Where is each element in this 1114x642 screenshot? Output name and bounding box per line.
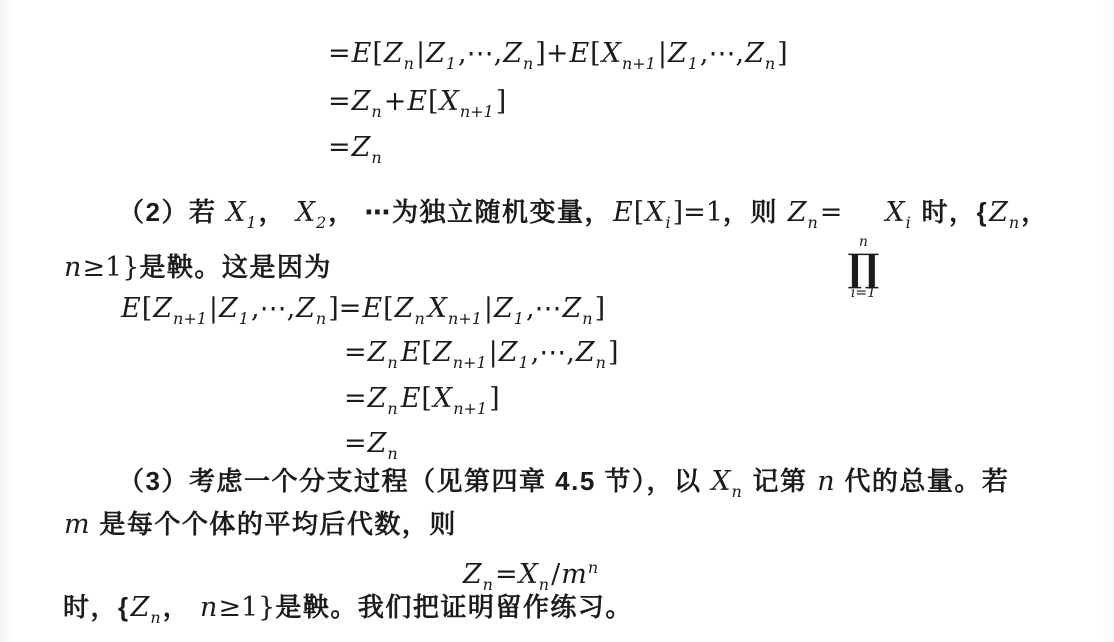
page-background: =E[Zn|Z1,⋯,Zn]+E[Xn+1|Z1,⋯,Zn] =Zn+E[Xn+…: [0, 0, 1114, 642]
example-3-paragraph-line-3: 时，{Zn， n≥1}是鞅。我们把证明留作练习。: [63, 589, 633, 636]
derivation-2-line-1: E[Zn+1|Z1,⋯,Zn]=E[ZnXn+1|Z1,⋯Zn]: [120, 291, 605, 337]
derivation-1-line-2: =Zn+E[Xn+1]: [328, 84, 506, 130]
derivation-2-line-3: =ZnE[Xn+1]: [344, 381, 500, 427]
derivation-1-line-1: =E[Zn|Z1,⋯,Zn]+E[Xn+1|Z1,⋯,Zn]: [328, 36, 788, 82]
example-3-paragraph-line-1: （3）考虑一个分支过程（见第四章 4.5 节），以 Xn 记第 n 代的总量。若: [118, 463, 1009, 510]
derivation-1-line-3: =Zn: [328, 130, 384, 176]
example-3-paragraph-line-2: m 是每个个体的平均后代数，则: [63, 506, 457, 546]
product-operator-symbol: n∏i=1: [847, 235, 879, 301]
derivation-2-line-2: =ZnE[Zn+1|Z1,⋯,Zn]: [344, 335, 618, 381]
example-2-paragraph-line-2: n≥1}是鞅。这是因为: [63, 249, 332, 289]
scanned-textbook-page: { "page": { "background_color": "#ffffff…: [0, 0, 1114, 642]
